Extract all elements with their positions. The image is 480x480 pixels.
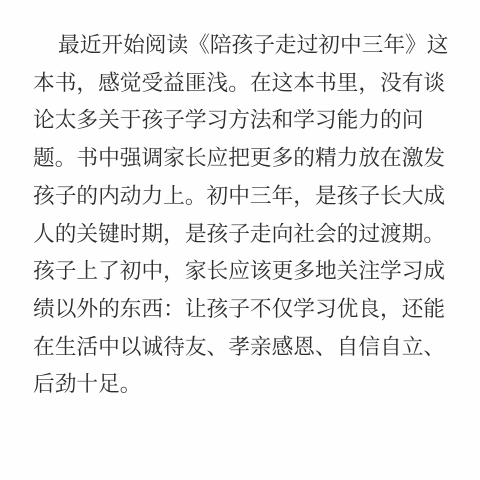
- paragraph-line: 绩以外的东西：让孩子不仅学习优良，还能: [33, 290, 450, 328]
- paragraph-line: 题。书中强调家长应把更多的精力放在激发: [33, 139, 450, 177]
- paragraph-line: 孩子上了初中，家长应该更多地关注学习成: [33, 252, 450, 290]
- paragraph-line: 论太多关于孩子学习方法和学习能力的问: [33, 101, 450, 139]
- text-page: 最近开始阅读《陪孩子走过初中三年》这 本书，感觉受益匪浅。在这本书里，没有谈 论…: [0, 0, 480, 480]
- paragraph-line: 本书，感觉受益匪浅。在这本书里，没有谈: [33, 64, 450, 102]
- paragraph-line: 最近开始阅读《陪孩子走过初中三年》这: [33, 26, 450, 64]
- paragraph-line: 人的关键时期，是孩子走向社会的过渡期。: [33, 215, 450, 253]
- paragraph-line: 在生活中以诚待友、孝亲感恩、自信自立、: [33, 328, 450, 366]
- paragraph-line: 后劲十足。: [33, 365, 450, 403]
- paragraph-line: 孩子的内动力上。初中三年，是孩子长大成: [33, 177, 450, 215]
